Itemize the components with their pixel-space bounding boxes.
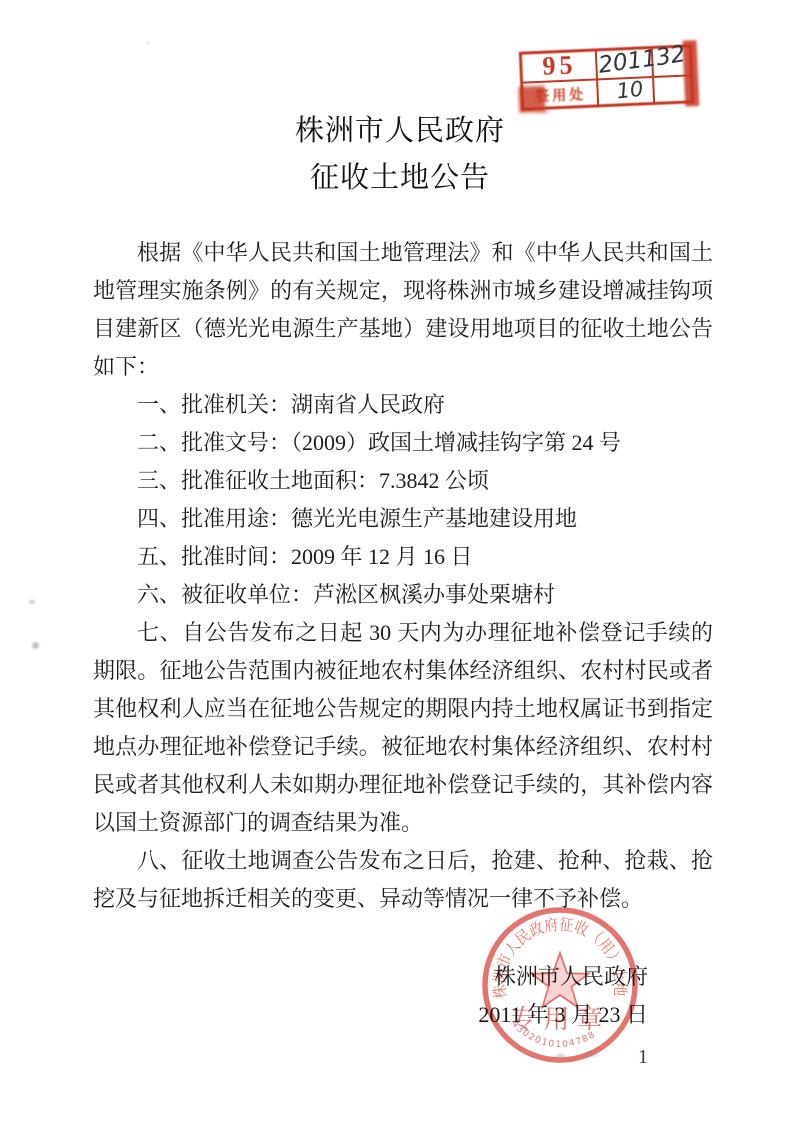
document-title-line2: 征收土地公告 bbox=[310, 162, 490, 194]
scan-speck bbox=[556, 1054, 565, 1058]
signature-block: 株洲市人民政府 2011 年 3 月 23 日 bbox=[0, 958, 800, 1034]
document-body: 根据《中华人民共和国土地管理法》和《中华人民共和国土地管理实施条例》的有关规定，… bbox=[93, 234, 713, 918]
document-title-line1: 株洲市人民政府 bbox=[295, 115, 505, 147]
intro-paragraph: 根据《中华人民共和国土地管理法》和《中华人民共和国土地管理实施条例》的有关规定，… bbox=[93, 234, 713, 386]
seal-star-icon bbox=[532, 953, 589, 1007]
ink-smudge bbox=[535, 109, 549, 114]
scan-speck bbox=[32, 642, 39, 649]
list-item-5: 五、批准时间：2009 年 12 月 16 日 bbox=[93, 538, 713, 576]
list-item-2: 二、批准文号：（2009）政国土增减挂钩字第 24 号 bbox=[93, 424, 713, 462]
document-title: 株洲市人民政府 征收土地公告 bbox=[0, 108, 800, 202]
document-page: 95 签用处 2011 32 10 株洲市人民政府 征收土地公告 根据《中华人民… bbox=[0, 0, 800, 1135]
list-item-6: 六、被征收单位：芦淞区枫溪办事处栗塘村 bbox=[93, 576, 713, 614]
scan-speck bbox=[585, 1053, 599, 1057]
list-item-7: 七、自公告发布之日起 30 天内为办理征地补偿登记手续的期限。征地公告范围内被征… bbox=[93, 614, 713, 842]
registry-stamp-number: 95 bbox=[527, 50, 592, 83]
registry-stamp: 95 签用处 2011 32 10 bbox=[519, 44, 694, 110]
official-seal: 株洲市人民政府征收（用）土地 专用章 4302010104788 bbox=[470, 895, 650, 1075]
page-number: 1 bbox=[638, 1046, 648, 1069]
registry-stamp-label: 签用处 bbox=[525, 83, 596, 106]
scan-speck bbox=[29, 600, 35, 604]
handwritten-serial: 32 bbox=[654, 41, 687, 71]
handwritten-copies: 10 bbox=[615, 77, 644, 104]
list-item-1: 一、批准机关：湖南省人民政府 bbox=[93, 386, 713, 424]
list-item-4: 四、批准用途：德光光电源生产基地建设用地 bbox=[93, 500, 713, 538]
list-item-3: 三、批准征收土地面积：7.3842 公顷 bbox=[93, 462, 713, 500]
scan-speck bbox=[146, 41, 149, 44]
